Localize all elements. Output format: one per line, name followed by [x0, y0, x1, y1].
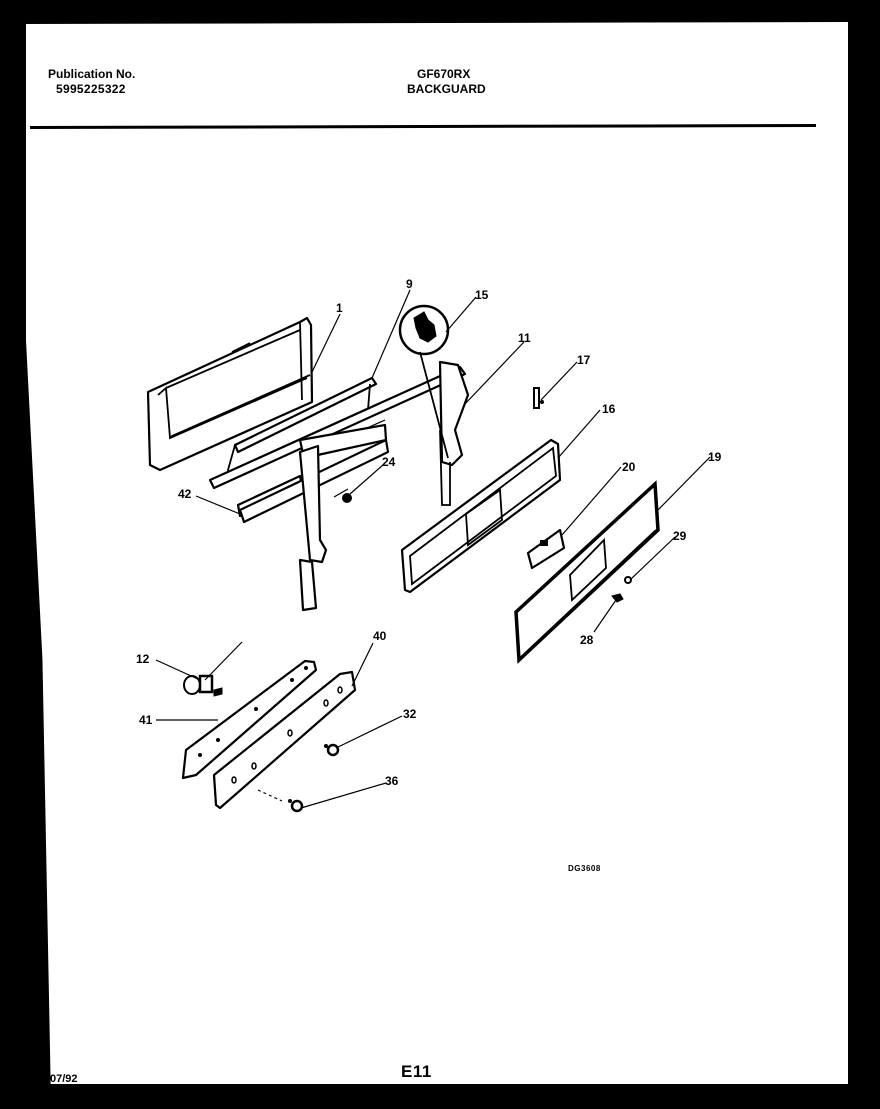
callout-15: 15	[475, 288, 489, 302]
part-28-screw[interactable]	[612, 594, 623, 602]
callout-20: 20	[622, 460, 636, 474]
part-36-nut[interactable]	[258, 790, 302, 811]
callout-17: 17	[577, 353, 591, 367]
callout-9: 9	[406, 277, 413, 291]
part-32-nut[interactable]	[324, 744, 338, 755]
callout-28: 28	[580, 633, 594, 647]
callout-36: 36	[385, 774, 399, 788]
callout-41: 41	[139, 713, 153, 727]
revision-date: 07/92	[50, 1073, 78, 1085]
callout-12: 12	[136, 652, 150, 666]
callout-16: 16	[602, 402, 616, 416]
part-11-end-bracket[interactable]	[440, 362, 468, 505]
callout-40: 40	[373, 629, 387, 643]
callout-24: 24	[382, 455, 396, 469]
part-16-control-panel-frame[interactable]	[402, 440, 560, 592]
part-24-screw[interactable]	[334, 489, 352, 503]
callout-19: 19	[708, 450, 722, 464]
callout-1: 1	[336, 301, 343, 315]
part-20-switch[interactable]	[528, 530, 564, 568]
callout-42: 42	[178, 487, 192, 501]
callout-29: 29	[673, 529, 687, 543]
callout-32: 32	[403, 707, 417, 721]
callout-11: 11	[518, 331, 531, 345]
diagram-code: DG3608	[568, 864, 601, 873]
exploded-parts-diagram: 1 9 15 11 17 16 20 19 29 28 24 42 12 41 …	[0, 0, 880, 1109]
part-12-lamp-socket[interactable]	[184, 642, 242, 696]
page-number: E11	[401, 1062, 432, 1082]
